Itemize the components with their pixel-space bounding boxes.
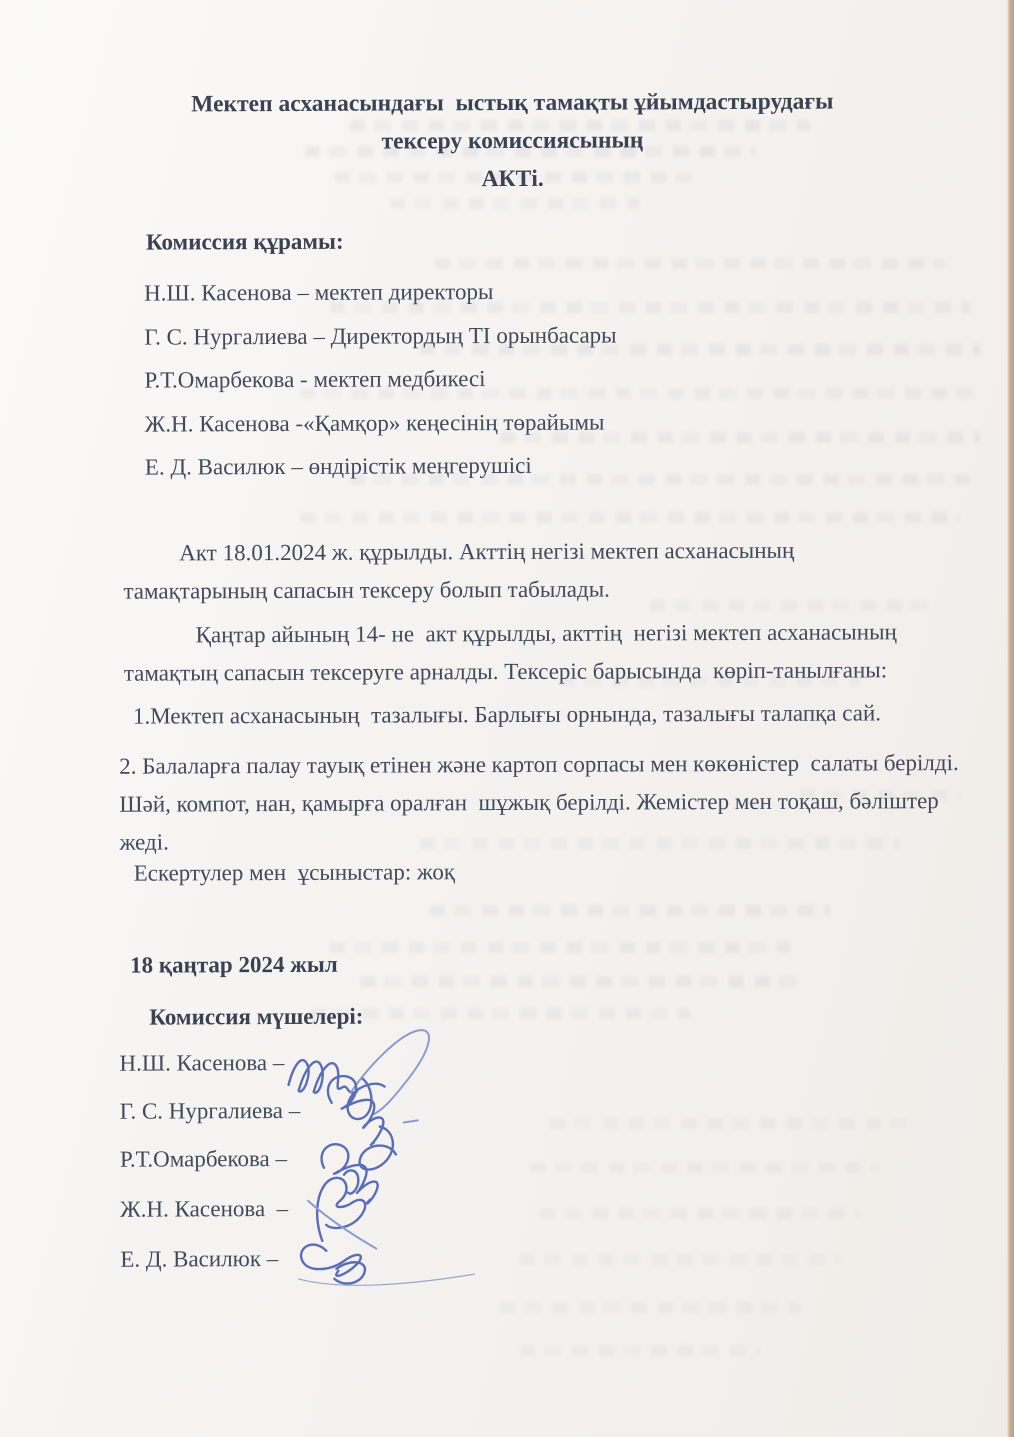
date-line: 18 қаңтар 2024 жыл: [130, 952, 338, 979]
remarks-line: Ескертулер мен ұсыныстар: жоқ: [134, 859, 455, 886]
signature-line-vasilyuk: Е. Д. Василюк –: [120, 1246, 278, 1273]
commission-member-list: Н.Ш. Касенова – мектеп директоры Г. С. Н…: [144, 277, 925, 498]
title-line-3: АКТі.: [38, 158, 988, 200]
paragraph-act-basis: Акт 18.01.2024 ж. құрылды. Акттің негізі…: [123, 531, 923, 610]
commission-member: Е. Д. Василюк – өндірістік меңгерушісі: [145, 452, 925, 499]
commission-member: Ж.Н. Касенова -«Қамқор» кеңесінің төрайы…: [145, 408, 925, 455]
finding-2: 2. Балаларға палау тауық етінен және кар…: [119, 744, 969, 862]
commission-member: Н.Ш. Касенова – мектеп директоры: [144, 277, 924, 324]
commission-heading: Комиссия құрамы:: [146, 229, 344, 256]
signature-line-omarbekova: Р.Т.Омарбекова –: [120, 1146, 287, 1173]
commission-member: Г. С. Нургалиева – Директордың ТІ орынба…: [144, 321, 924, 368]
paragraph-january-check: Қаңтар айының 14- не акт құрылды, акттің…: [124, 613, 964, 693]
finding-1: 1.Мектеп асханасының тазалығы. Барлығы о…: [133, 694, 983, 736]
document-title: Мектеп асханасындағы ыстық тамақты ұйымд…: [37, 82, 987, 200]
commission-member: Р.Т.Омарбекова - мектеп медбикесі: [144, 364, 924, 411]
title-line-1: Мектеп асханасындағы ыстық тамақты ұйымд…: [37, 82, 987, 124]
signature-line-nurgalieva: Г. С. Нургалиева –: [120, 1098, 301, 1125]
signature-line-kasenova-zhn: Ж.Н. Касенова –: [120, 1196, 288, 1223]
paper-edge-strip: [1007, 0, 1014, 1437]
title-line-2: тексеру комиссиясының: [37, 120, 987, 162]
signature-line-kasenova-nsh: Н.Ш. Касенова –: [119, 1050, 284, 1077]
scanned-document-page: Мектеп асханасындағы ыстық тамақты ұйымд…: [0, 0, 1014, 1437]
signature-ink-vasilyuk: [292, 1228, 487, 1297]
document-content: Мектеп асханасындағы ыстық тамақты ұйымд…: [0, 0, 1014, 1437]
